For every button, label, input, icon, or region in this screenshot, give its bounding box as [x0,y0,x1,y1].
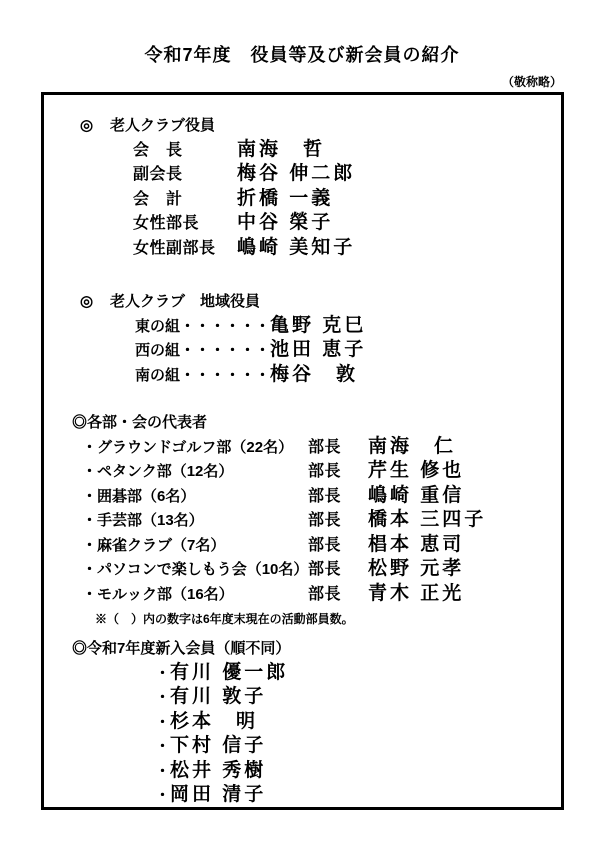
new-member-row: ・ 岡田 清子 [155,783,561,808]
bullet-marker: ・ [155,662,170,686]
new-member-name: 有川 敦子 [170,685,266,709]
club-row: ・手芸部（13名） 部長 橋本 三四子 [82,508,561,533]
club-label: ・グラウンドゴルフ部（22名） [82,436,308,460]
leader-dots: ・・・・・・ [180,364,270,388]
officer-row: 女性部長 中谷 榮子 [133,211,561,236]
officer-title: 女性副部長 [133,237,237,261]
new-members-heading: ◎令和7年度新入会員（順不同） [72,637,561,661]
officer-row: 会 長 南海 哲 [133,138,561,163]
officer-row: 会 計 折橋 一義 [133,187,561,212]
club-label: ・手芸部（13名） [82,509,308,533]
club-label: ・囲碁部（6名） [82,485,308,509]
club-row: ・モルック部（16名） 部長 青木 正光 [82,582,561,607]
regional-officer-row: 西の組 ・・・・・・ 池田 恵子 [135,338,561,363]
club-leader-name: 芹生 修也 [368,459,464,483]
bullet-marker: ・ [155,686,170,710]
group-label: 南の組 [135,364,180,388]
officer-name: 中谷 榮子 [237,211,333,235]
club-label: ・モルック部（16名） [82,583,308,607]
regional-officer-name: 亀野 克巳 [270,314,366,338]
officer-title: 会 長 [133,139,237,163]
role-label: 部長 [308,460,368,484]
officer-title: 会 計 [133,188,237,212]
bullet-marker: ・ [155,784,170,808]
group-label: 西の組 [135,339,180,363]
officer-name: 嶋崎 美知子 [237,236,355,260]
club-representatives-heading: ◎各部・会の代表者 [72,411,561,435]
club-label: ・パソコンで楽しもう会（10名） [82,558,308,582]
document-frame: ◎ 老人クラブ役員 会 長 南海 哲 副会長 梅谷 伸二郎 会 計 折橋 一義 … [41,92,564,810]
club-leader-name: 橋本 三四子 [368,508,486,532]
group-label: 東の組 [135,315,180,339]
regional-officer-row: 南の組 ・・・・・・ 梅谷 敦 [135,363,561,388]
regional-officer-row: 東の組 ・・・・・・ 亀野 克巳 [135,314,561,339]
club-leader-name: 椙本 恵司 [368,533,464,557]
bullet-marker: ・ [155,760,170,784]
honorific-note: （敬称略） [0,74,562,90]
new-member-row: ・ 有川 敦子 [155,685,561,710]
new-member-name: 有川 優一郎 [170,661,288,685]
club-leader-name: 嶋崎 重信 [368,484,464,508]
new-member-name: 松井 秀樹 [170,759,266,783]
officer-name: 折橋 一義 [237,187,333,211]
section-new-members: ◎令和7年度新入会員（順不同） ・ 有川 優一郎 ・ 有川 敦子 ・ 杉本 明 … [44,637,561,808]
document-page: 令和7年度 役員等及び新会員の紹介 （敬称略） ◎ 老人クラブ役員 会 長 南海… [0,44,604,90]
section-regional-officers: ◎ 老人クラブ 地域役員 東の組 ・・・・・・ 亀野 克巳 西の組 ・・・・・・… [44,290,561,387]
section-club-representatives: ◎各部・会の代表者 ・グラウンドゴルフ部（22名） 部長 南海 仁 ・ペタンク部… [44,411,561,628]
new-member-name: 岡田 清子 [170,783,266,807]
officer-name: 南海 哲 [237,138,325,162]
club-officers-heading-text: 老人クラブ役員 [110,114,215,138]
officer-title: 女性部長 [133,212,237,236]
new-member-row: ・ 有川 優一郎 [155,661,561,686]
role-label: 部長 [308,583,368,607]
bullet-marker: ・ [155,711,170,735]
leader-dots: ・・・・・・ [180,315,270,339]
page-title: 令和7年度 役員等及び新会員の紹介 [0,44,604,66]
new-member-name: 下村 信子 [170,734,266,758]
role-label: 部長 [308,534,368,558]
section-club-officers: ◎ 老人クラブ役員 会 長 南海 哲 副会長 梅谷 伸二郎 会 計 折橋 一義 … [44,114,561,260]
bullet-marker: ・ [155,735,170,759]
role-label: 部長 [308,485,368,509]
new-member-row: ・ 下村 信子 [155,734,561,759]
club-leader-name: 松野 元孝 [368,557,464,581]
role-label: 部長 [308,558,368,582]
new-member-row: ・ 杉本 明 [155,710,561,735]
double-circle-marker: ◎ [80,114,110,138]
regional-officer-name: 梅谷 敦 [270,363,358,387]
regional-officer-name: 池田 恵子 [270,338,366,362]
member-count-note: ※（ ）内の数字は6年度末現在の活動部員数。 [95,610,561,628]
club-row: ・グラウンドゴルフ部（22名） 部長 南海 仁 [82,435,561,460]
role-label: 部長 [308,436,368,460]
club-leader-name: 南海 仁 [368,435,456,459]
club-leader-name: 青木 正光 [368,582,464,606]
club-officers-heading: ◎ 老人クラブ役員 [80,114,561,138]
regional-officers-heading: ◎ 老人クラブ 地域役員 [80,290,561,314]
officer-name: 梅谷 伸二郎 [237,162,355,186]
club-label: ・ペタンク部（12名） [82,460,308,484]
new-member-row: ・ 松井 秀樹 [155,759,561,784]
new-member-name: 杉本 明 [170,710,258,734]
club-row: ・囲碁部（6名） 部長 嶋崎 重信 [82,484,561,509]
officer-row: 副会長 梅谷 伸二郎 [133,162,561,187]
club-row: ・麻雀クラブ（7名） 部長 椙本 恵司 [82,533,561,558]
officer-row: 女性副部長 嶋崎 美知子 [133,236,561,261]
club-row: ・ペタンク部（12名） 部長 芹生 修也 [82,459,561,484]
role-label: 部長 [308,509,368,533]
leader-dots: ・・・・・・ [180,339,270,363]
club-row: ・パソコンで楽しもう会（10名） 部長 松野 元孝 [82,557,561,582]
club-label: ・麻雀クラブ（7名） [82,534,308,558]
officer-title: 副会長 [133,163,237,187]
double-circle-marker: ◎ [80,290,110,314]
regional-officers-heading-text: 老人クラブ 地域役員 [110,290,260,314]
